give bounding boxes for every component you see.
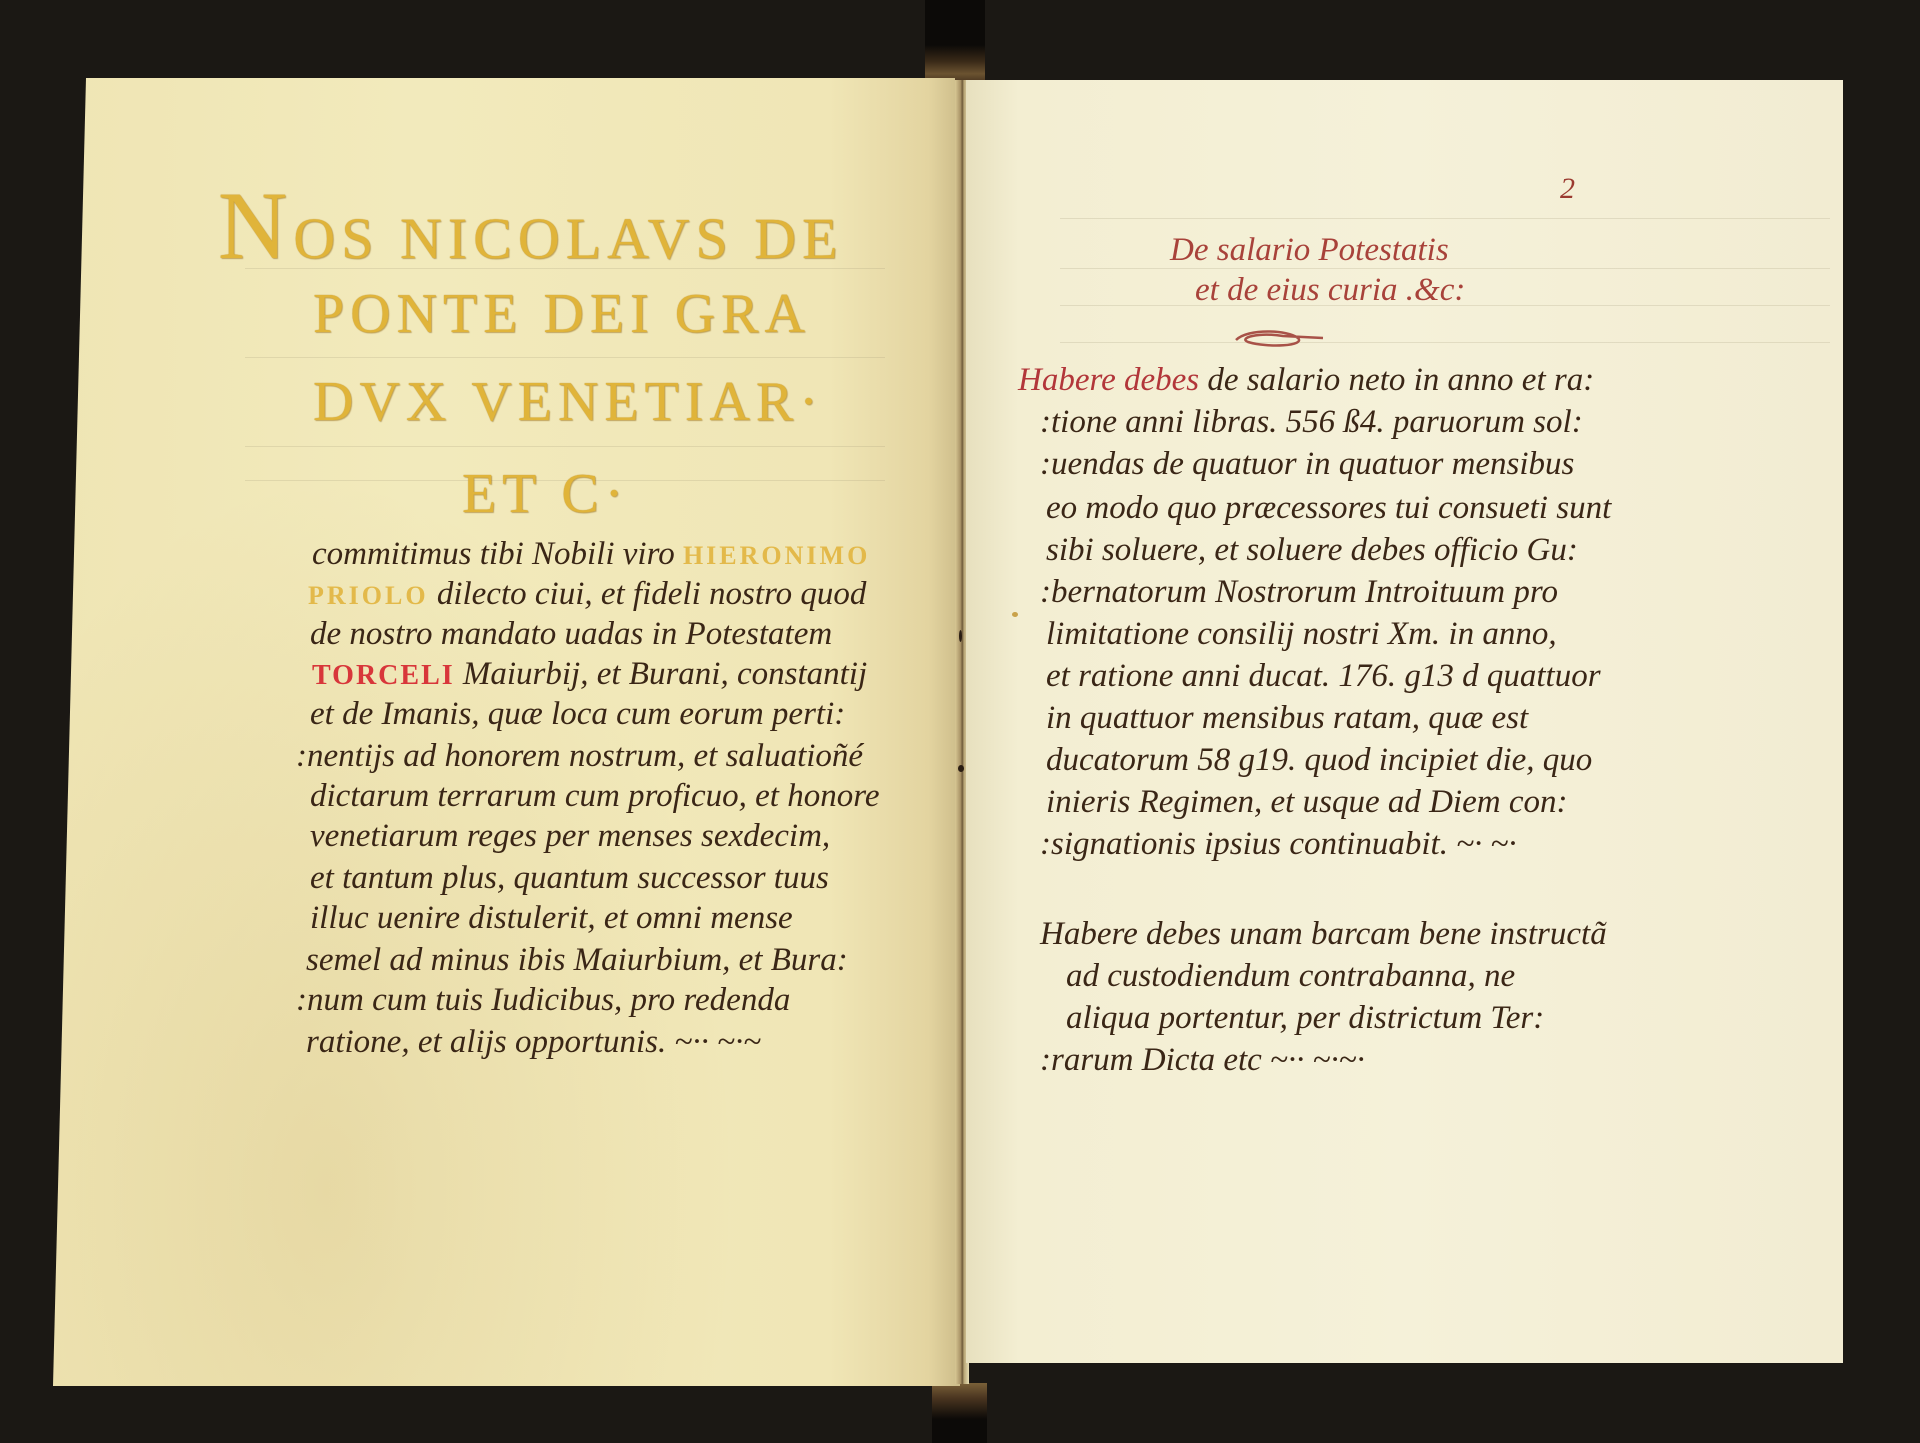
right-p1-line-8: et ratione anni ducat. 176. g13 d quattu…	[1046, 658, 1601, 695]
ruling-line	[245, 446, 885, 447]
left-body-line-2: PRIOLO dilecto ciui, et fideli nostro qu…	[308, 576, 866, 613]
right-p1-line-3: :uendas de quatuor in quatuor mensibus	[1040, 446, 1574, 483]
flourish-ornament	[1228, 326, 1328, 350]
left-body-line-7: dictarum terrarum cum proficuo, et honor…	[310, 778, 880, 815]
text-span: Maiurbij, et Burani, constantij	[463, 656, 867, 692]
right-p2-line-1: Habere debes unam barcam bene instructã	[1040, 916, 1607, 953]
right-p1-line-9: in quattuor mensibus ratam, quæ est	[1046, 700, 1528, 737]
left-body-line-8: venetiarum reges per menses sexdecim,	[310, 818, 830, 855]
right-p1-line-4: eo modo quo præcessores tui consueti sun…	[1046, 490, 1611, 527]
spine-bottom	[932, 1383, 987, 1443]
right-p1-line-2: :tione anni libras. 556 ß4. paruorum sol…	[1040, 404, 1583, 441]
left-body-line-10: illuc uenire distulerit, et omni mense	[310, 900, 793, 937]
title-initial: N	[218, 172, 293, 279]
place-torceli: TORCELI	[312, 660, 455, 691]
title-line-3: DVX VENETIAR·	[313, 370, 824, 434]
ruling-line	[245, 357, 885, 358]
right-p1-line-6: :bernatorum Nostrorum Introituum pro	[1040, 574, 1558, 611]
right-p1-line-12: :signationis ipsius continuabit. ~· ~·	[1040, 826, 1517, 863]
rubric-heading-line-1: De salario Potestatis	[1170, 232, 1449, 269]
right-p2-line-3: aliqua portentur, per districtum Ter:	[1066, 1000, 1544, 1037]
right-p1-line-10: ducatorum 58 g19. quod incipiet die, quo	[1046, 742, 1592, 779]
right-p1-line-1: Habere debes de salario neto in anno et …	[1018, 362, 1594, 399]
text-span: dilecto ciui, et fideli nostro quod	[437, 576, 867, 612]
text-span: de salario neto in anno et ra:	[1207, 362, 1594, 398]
gutter-stitch	[958, 765, 964, 772]
right-p1-line-7: limitatione consilij nostri Xm. in anno,	[1046, 616, 1557, 653]
gutter-stitch	[959, 630, 962, 642]
left-body-line-5: et de Imanis, quæ loca cum eorum perti:	[310, 696, 845, 733]
rubric-heading-line-2: et de eius curia .&c:	[1195, 272, 1465, 309]
title-line-4: ET C·	[462, 462, 629, 526]
left-body-line-1: commitimus tibi Nobili viro HIERONIMO	[312, 536, 870, 573]
right-p1-line-5: sibi soluere, et soluere debes officio G…	[1046, 532, 1578, 569]
title-text-1: OS NICOLAVS DE	[293, 206, 843, 271]
rubric-habere-debes: Habere debes	[1018, 362, 1199, 398]
left-body-line-3: de nostro mandato uadas in Potestatem	[310, 616, 832, 653]
ruling-line	[1060, 218, 1830, 219]
title-line-2: PONTE DEI GRA	[313, 282, 811, 346]
parchment-stain	[1012, 612, 1018, 617]
name-priolo: PRIOLO	[308, 581, 429, 610]
title-line-1: NOS NICOLAVS DE	[218, 170, 844, 281]
right-p1-line-11: inieris Regimen, et usque ad Diem con:	[1046, 784, 1567, 821]
left-body-line-6: :nentijs ad honorem nostrum, et saluatio…	[296, 738, 863, 775]
text-span: commitimus tibi Nobili viro	[312, 536, 675, 572]
folio-number: 2	[1560, 172, 1575, 206]
right-p2-line-2: ad custodiendum contrabanna, ne	[1066, 958, 1515, 995]
left-body-line-12: :num cum tuis Iudicibus, pro redenda	[296, 982, 790, 1019]
spine-top	[925, 0, 985, 82]
ruling-line	[1060, 342, 1830, 343]
name-hieronimo: HIERONIMO	[683, 541, 870, 570]
left-body-line-13: ratione, et alijs opportunis. ~·· ~·~	[306, 1024, 761, 1061]
left-body-line-11: semel ad minus ibis Maiurbium, et Bura:	[306, 942, 848, 979]
left-body-line-4: TORCELI Maiurbij, et Burani, constantij	[312, 656, 867, 693]
right-p2-line-4: :rarum Dicta etc ~·· ~·~·	[1040, 1042, 1365, 1079]
left-body-line-9: et tantum plus, quantum successor tuus	[310, 860, 829, 897]
